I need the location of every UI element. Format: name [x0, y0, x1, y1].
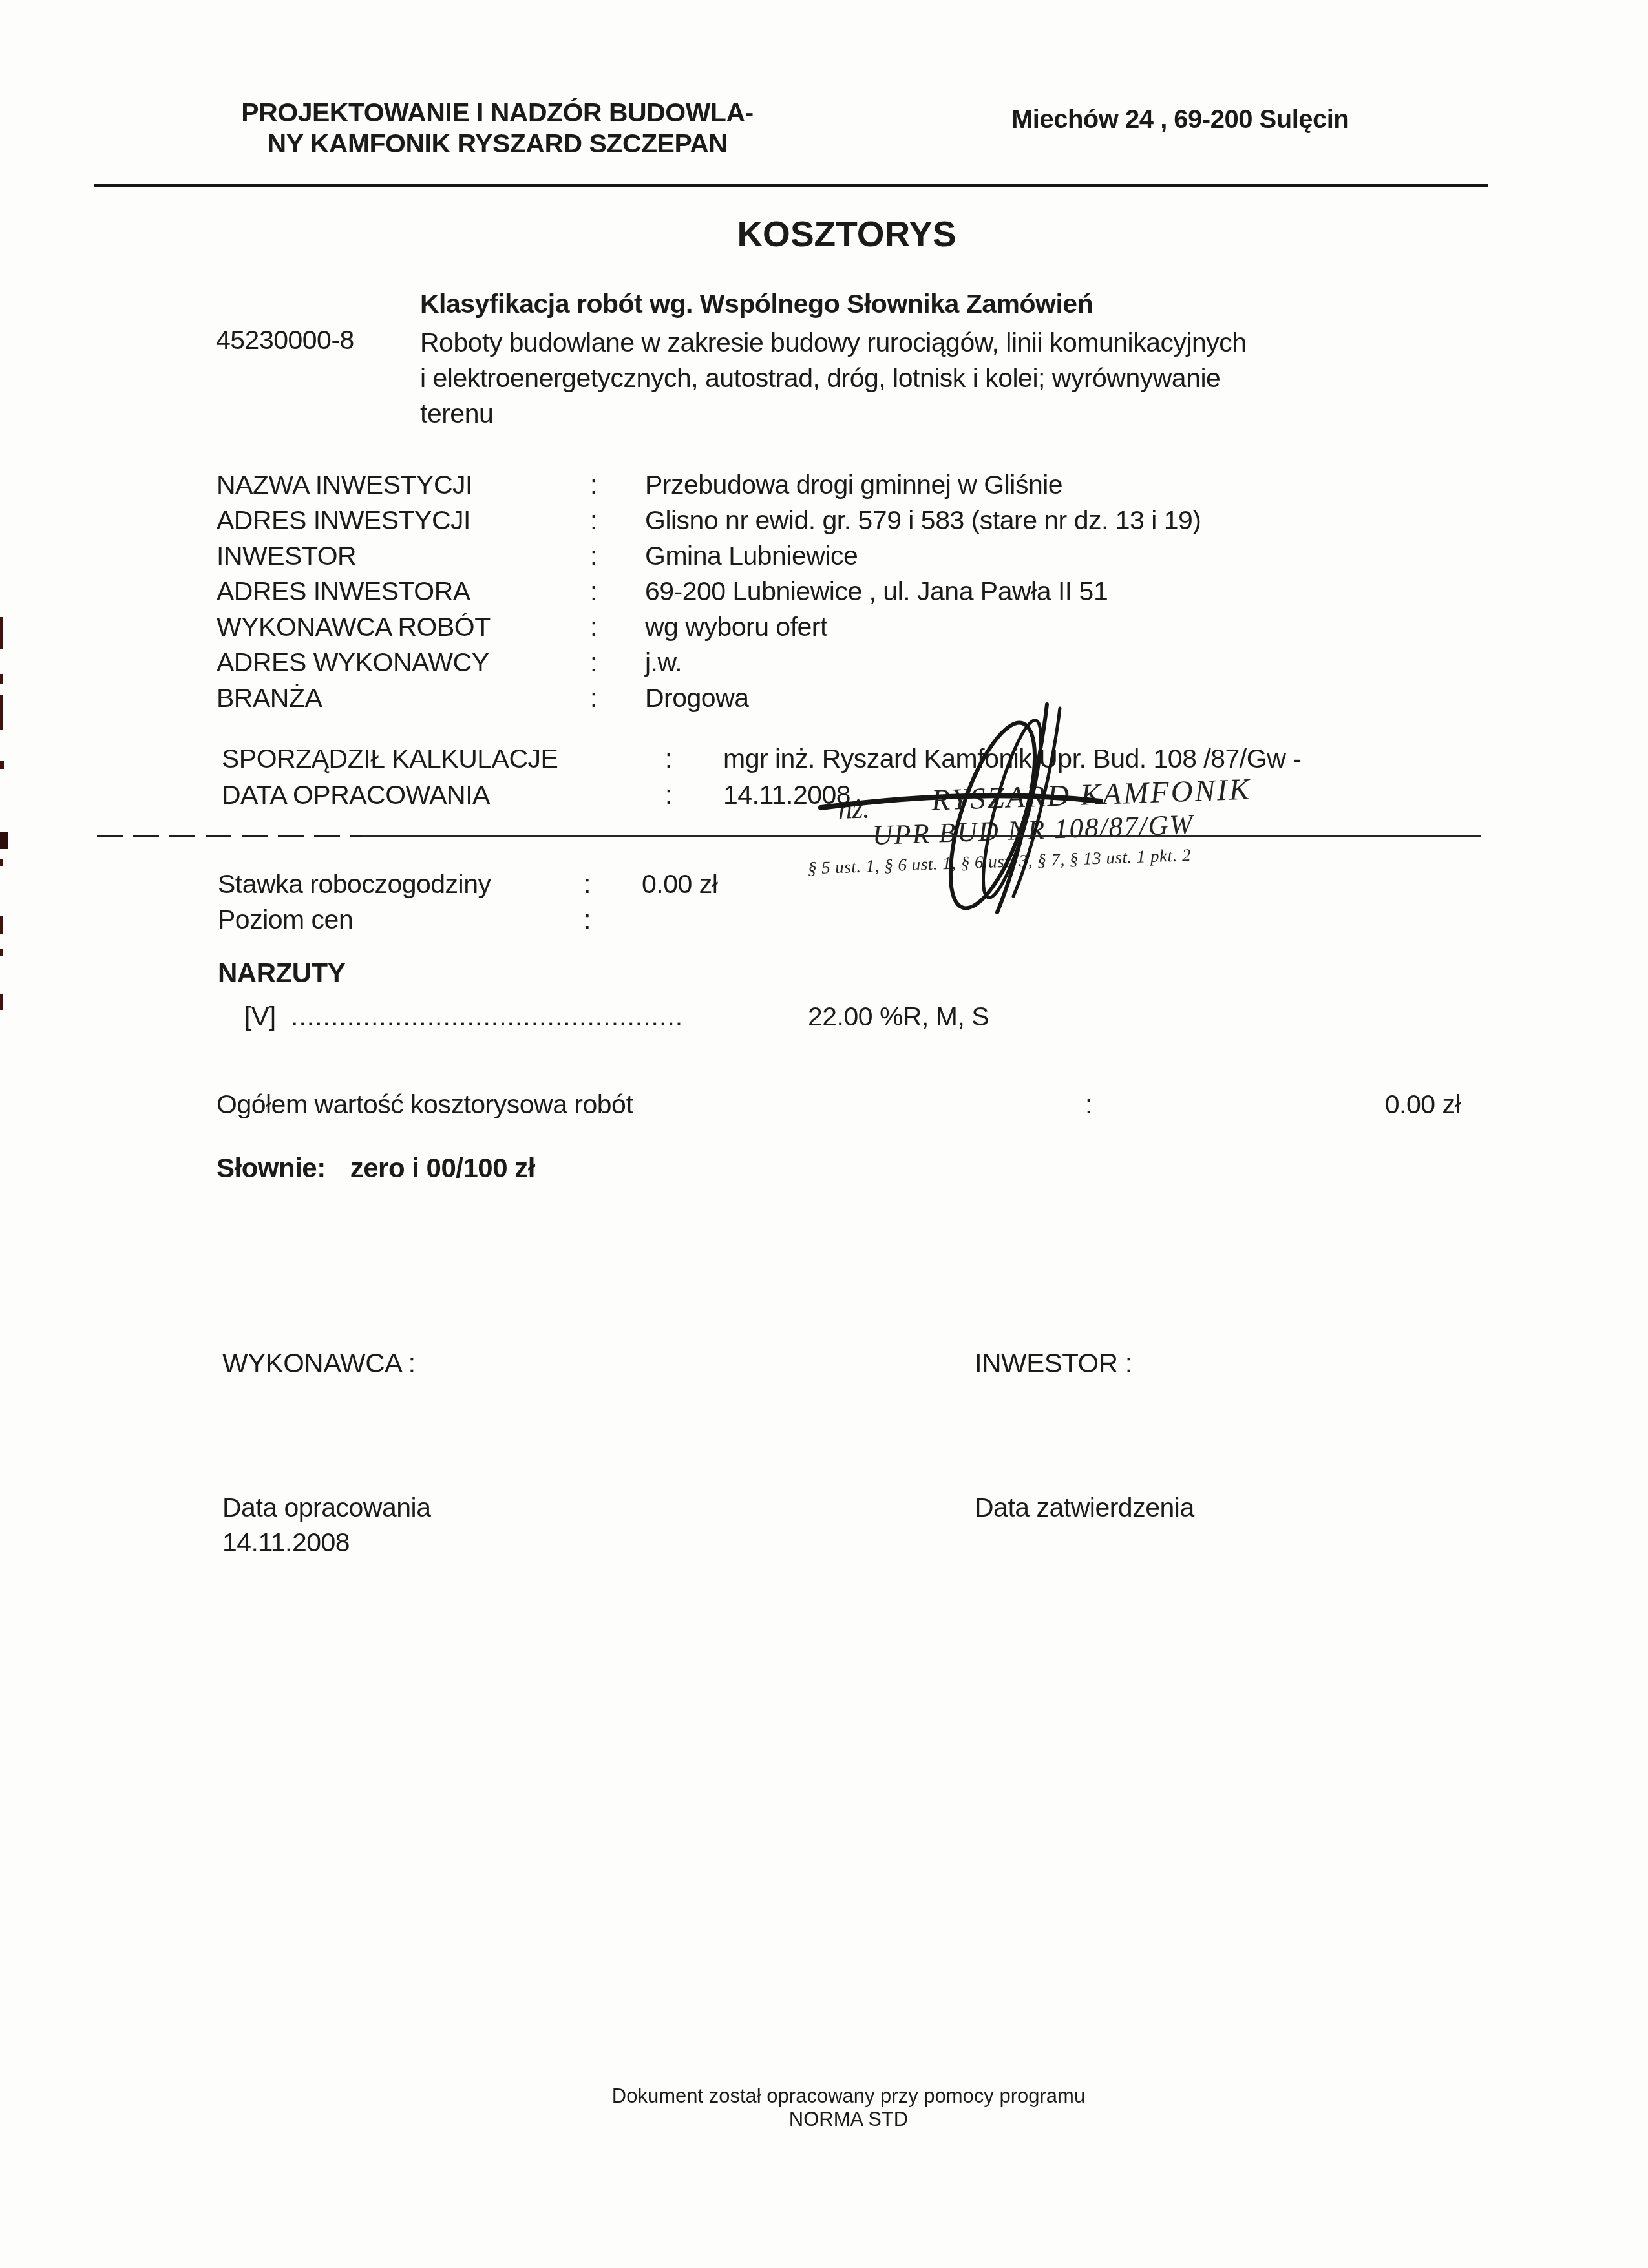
company-address: Miechów 24 , 69-200 Sulęcin: [1011, 105, 1349, 134]
scan-artifact: [0, 832, 8, 849]
scan-artifact: [0, 695, 3, 730]
leader-dots: ........................................…: [291, 1002, 685, 1032]
surcharge-label: [V]: [244, 1002, 276, 1032]
date-approved-label: Data zatwierdzenia: [975, 1493, 1194, 1523]
surcharge-value: 22.00 %R, M, S: [808, 1002, 989, 1032]
detail-colon: :: [590, 541, 597, 571]
detail-colon: :: [590, 470, 597, 500]
company-name: PROJEKTOWANIE I NADZÓR BUDOWLA- NY KAMFO…: [231, 97, 764, 159]
detail-label: BRANŻA: [217, 683, 322, 713]
detail-row: NAZWA INWESTYCJI : Przebudowa drogi gmin…: [217, 470, 1509, 505]
scan-artifact: [0, 674, 3, 684]
total-label: Ogółem wartość kosztorysowa robót: [217, 1089, 633, 1120]
prepared-label: SPORZĄDZIŁ KALKULACJE: [222, 744, 558, 774]
detail-label: INWESTOR: [217, 541, 356, 571]
prepared-label: DATA OPRACOWANIA: [222, 780, 490, 810]
company-name-line2: NY KAMFONIK RYSZARD SZCZEPAN: [231, 128, 764, 159]
date-prepared-value: 14.11.2008: [222, 1528, 350, 1558]
detail-label: ADRES INWESTYCJI: [217, 505, 470, 536]
footer-note-line2: NORMA STD: [202, 2108, 1495, 2131]
detail-label: ADRES INWESTORA: [217, 576, 470, 607]
amount-in-words-value: zero i 00/100 zł: [350, 1153, 535, 1183]
detail-row: ADRES INWESTORA : 69-200 Lubniewice , ul…: [217, 576, 1509, 612]
detail-value: Gmina Lubniewice: [645, 541, 858, 571]
detail-label: NAZWA INWESTYCJI: [217, 470, 472, 500]
rate-colon: :: [584, 869, 591, 899]
classification-heading: Klasyfikacja robót wg. Wspólnego Słownik…: [420, 289, 1093, 319]
cpv-description-line: Roboty budowlane w zakresie budowy ruroc…: [420, 325, 1247, 361]
amount-in-words-label: Słownie:: [217, 1153, 326, 1183]
rate-row: Stawka roboczogodziny : 0.00 zł: [218, 869, 1123, 905]
detail-row: INWESTOR : Gmina Lubniewice: [217, 541, 1509, 576]
detail-row: ADRES WYKONAWCY : j.w.: [217, 647, 1509, 683]
section-divider: [362, 835, 1481, 837]
scan-artifact: [0, 994, 3, 1010]
detail-colon: :: [590, 647, 597, 678]
scan-artifact: [0, 617, 3, 649]
cpv-code: 45230000-8: [216, 325, 354, 355]
footer-note: Dokument został opracowany przy pomocy p…: [202, 2084, 1495, 2131]
detail-value: Drogowa: [645, 683, 749, 713]
detail-colon: :: [590, 576, 597, 607]
header-divider: [94, 184, 1488, 187]
detail-value: wg wyboru ofert: [645, 612, 827, 642]
rate-label: Stawka roboczogodziny: [218, 869, 491, 899]
detail-value: 69-200 Lubniewice , ul. Jana Pawła II 51: [645, 576, 1108, 607]
detail-colon: :: [590, 505, 597, 536]
rates-block: Stawka roboczogodziny : 0.00 zł Poziom c…: [218, 869, 1123, 940]
rate-row: Poziom cen :: [218, 905, 1123, 940]
scan-artifact: [0, 916, 3, 934]
detail-row: WYKONAWCA ROBÓT : wg wyboru ofert: [217, 612, 1509, 647]
prepared-colon: :: [665, 780, 672, 810]
footer-note-line1: Dokument został opracowany przy pomocy p…: [202, 2084, 1495, 2108]
scan-artifact: [0, 949, 3, 956]
detail-label: ADRES WYKONAWCY: [217, 647, 489, 678]
cpv-description-line: i elektroenergetycznych, autostrad, dróg…: [420, 361, 1247, 396]
rate-label: Poziom cen: [218, 905, 353, 935]
contractor-label: WYKONAWCA :: [222, 1348, 416, 1379]
detail-value: Przebudowa drogi gminnej w Gliśnie: [645, 470, 1062, 500]
detail-row: ADRES INWESTYCJI : Glisno nr ewid. gr. 5…: [217, 505, 1509, 541]
company-name-line1: PROJEKTOWANIE I NADZÓR BUDOWLA-: [231, 97, 764, 128]
total-value: 0.00 zł: [1351, 1089, 1461, 1120]
amount-in-words: Słownie:zero i 00/100 zł: [217, 1153, 535, 1184]
detail-value: Glisno nr ewid. gr. 579 i 583 (stare nr …: [645, 505, 1201, 536]
document-page: { "punct": { "colon": ":" }, "header": {…: [0, 0, 1648, 2268]
cpv-description-line: terenu: [420, 396, 1247, 432]
rate-colon: :: [584, 905, 591, 935]
prepared-colon: :: [665, 744, 672, 774]
detail-colon: :: [590, 683, 597, 713]
detail-colon: :: [590, 612, 597, 642]
investment-details: NAZWA INWESTYCJI : Przebudowa drogi gmin…: [217, 470, 1509, 719]
surcharges-heading: NARZUTY: [218, 958, 345, 989]
cpv-description: Roboty budowlane w zakresie budowy ruroc…: [420, 325, 1247, 432]
rate-value: 0.00 zł: [642, 869, 717, 899]
date-prepared-label: Data opracowania: [222, 1493, 430, 1523]
detail-value: j.w.: [645, 647, 682, 678]
investor-label: INWESTOR :: [975, 1348, 1132, 1379]
scan-artifact: [0, 761, 4, 769]
document-title: KOSZTORYS: [704, 213, 989, 255]
total-colon: :: [1085, 1089, 1092, 1120]
detail-label: WYKONAWCA ROBÓT: [217, 612, 491, 642]
scan-artifact: [0, 859, 3, 866]
